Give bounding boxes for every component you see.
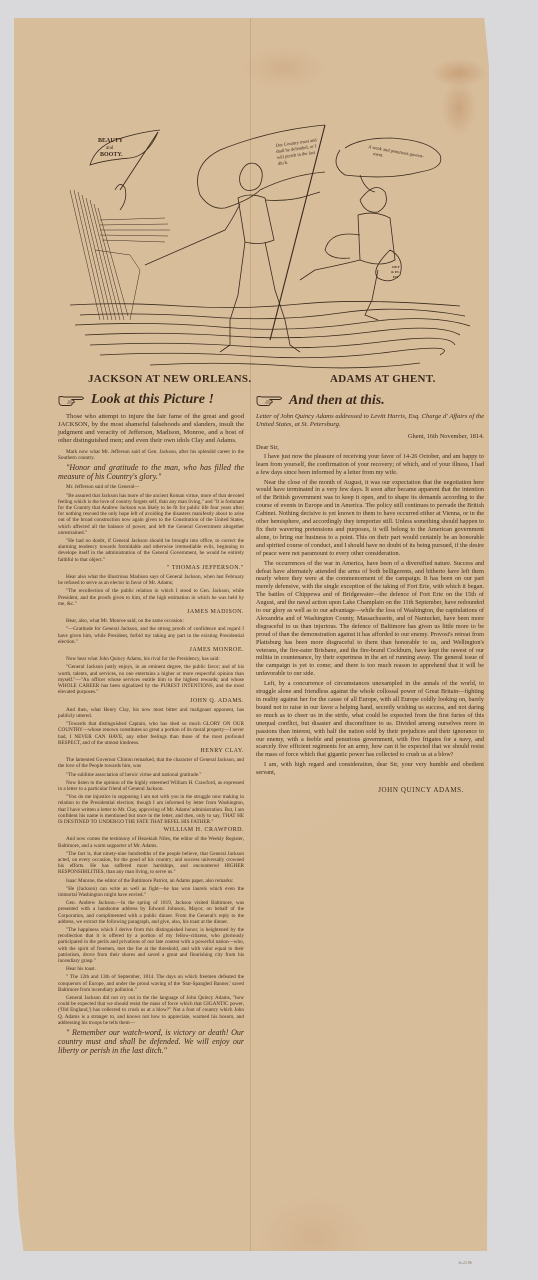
madison-signature: JAMES MADISON.: [58, 609, 244, 615]
pointing-hand-icon: [256, 394, 284, 407]
left-headline-text: Look at this Picture !: [91, 397, 214, 403]
adams-intro: Now hear what John Quincy Adams, his riv…: [58, 656, 244, 662]
adams-quote: "General Jackson justly enjoys, in an em…: [58, 664, 244, 695]
jefferson-quote: "Honor and gratitude to the man, who has…: [58, 463, 244, 481]
toast-intro: Hear his toast.: [58, 966, 244, 972]
jefferson-body-2: "He had no doubt, if General Jackson sho…: [58, 538, 244, 563]
closing-paragraph: General Jackson did not cry out in the t…: [58, 995, 244, 1026]
munroe-quote: "He (Jackson) can write as well as fight…: [58, 886, 244, 898]
letter-salutation: Dear Sir,: [256, 444, 484, 452]
right-headline: And then at this.: [256, 394, 484, 407]
jefferson-intro: Mark now what Mr. Jefferson said of Gen.…: [58, 449, 244, 461]
letter-intro: Letter of John Quincy Adams addressed to…: [256, 413, 484, 429]
clinton-quote: "The sublime association of heroic virtu…: [58, 772, 244, 778]
jefferson-signature: " THOMAS JEFFERSON.": [58, 565, 244, 571]
letter-paragraph-4: Left, by a concurrence of circumstances …: [256, 680, 484, 759]
letter-paragraph-3: The occurrences of the war in America, h…: [256, 560, 484, 679]
left-headline: Look at this Picture !: [58, 394, 244, 407]
baltimore-quote: "The happiness which I derive from this …: [58, 927, 244, 964]
jackson-adams-cartoon: BEAUTY and BOOTY. Our Country must and s…: [60, 120, 480, 370]
adams-signature: JOHN Q. ADAMS.: [58, 698, 244, 704]
letter-paragraph-2: Near the close of the month of August, i…: [256, 479, 484, 558]
pencil-marginalia: Ja 22 86: [458, 1260, 472, 1265]
niles-quote: "The fact is, that ninety-nine hundredth…: [58, 851, 244, 876]
munroe-intro: Isaac Munroe, the editor of the Baltimor…: [58, 878, 244, 884]
svg-text:FIT: FIT: [393, 275, 400, 279]
svg-text:ditch.: ditch.: [277, 160, 288, 166]
niles-intro: And now comes the testimony of Hezekiah …: [58, 836, 244, 848]
right-headline-text: And then at this.: [289, 397, 385, 405]
svg-text:and: and: [106, 146, 114, 151]
crawford-quote: "You do me injustice in supposing I am n…: [58, 794, 244, 825]
jefferson-intro-2: Mr. Jefferson said of the General—: [58, 484, 244, 490]
clay-intro: And then, what Henry Clay, his now most …: [58, 707, 244, 719]
closing-quote: " Remember our watch-word, is victory or…: [58, 1028, 244, 1055]
svg-text:ment.: ment.: [373, 151, 384, 158]
clay-signature: HENRY CLAY.: [58, 748, 244, 754]
toast-quote: " The 12th and 13th of September, 1814. …: [58, 974, 244, 993]
letter-closing: I am, with high regard and consideration…: [256, 761, 484, 777]
left-lead-paragraph: Those who attempt to injure the fair fam…: [58, 413, 244, 445]
monroe-intro: Hear, also, what Mr. Monroe said, on the…: [58, 618, 244, 624]
clinton-intro: The lamented Governor Clinton remarked, …: [58, 757, 244, 769]
clay-quote: "Towards that distinguished Captain, who…: [58, 721, 244, 746]
caption-jackson-at-new-orleans: JACKSON AT NEW ORLEANS.: [88, 373, 251, 385]
cartoon-illustration: BEAUTY and BOOTY. Our Country must and s…: [60, 120, 480, 370]
monroe-quote: "—Gratitude for General Jackson, and the…: [58, 626, 244, 645]
letter-dateline: Ghent, 16th November, 1814.: [256, 433, 484, 441]
baltimore-paragraph: Gen. Andrew Jackson.—In the spring of 18…: [58, 900, 244, 925]
crawford-intro: Now listen to the opinion of the highly …: [58, 780, 244, 792]
svg-text:BOOTY.: BOOTY.: [100, 152, 123, 158]
beauty-flag-text: BEAUTY: [98, 138, 124, 144]
pointing-hand-icon: [58, 394, 86, 407]
caption-adams-at-ghent: ADAMS AT GHENT.: [330, 373, 436, 385]
letter-paragraph-1: I have just now the pleasure of receivin…: [256, 453, 484, 477]
monroe-signature: JAMES MONROE.: [58, 647, 244, 653]
left-column-jackson-testimonials: Look at this Picture ! Those who attempt…: [58, 394, 244, 1058]
right-column-adams-letter: And then at this. Letter of John Quincy …: [256, 394, 484, 795]
madison-quote: "The recollection of the public relation…: [58, 588, 244, 607]
jefferson-body: "Be assured that Jackson has more of the…: [58, 493, 244, 536]
madison-intro: Hear also what the illustrious Madison s…: [58, 574, 244, 586]
svg-text:OUT: OUT: [392, 265, 400, 269]
crawford-signature: WILLIAM H. CRAWFORD.: [58, 827, 244, 833]
svg-text:& IN-: & IN-: [391, 270, 401, 274]
letter-signature: JOHN QUINCY ADAMS.: [256, 787, 484, 795]
